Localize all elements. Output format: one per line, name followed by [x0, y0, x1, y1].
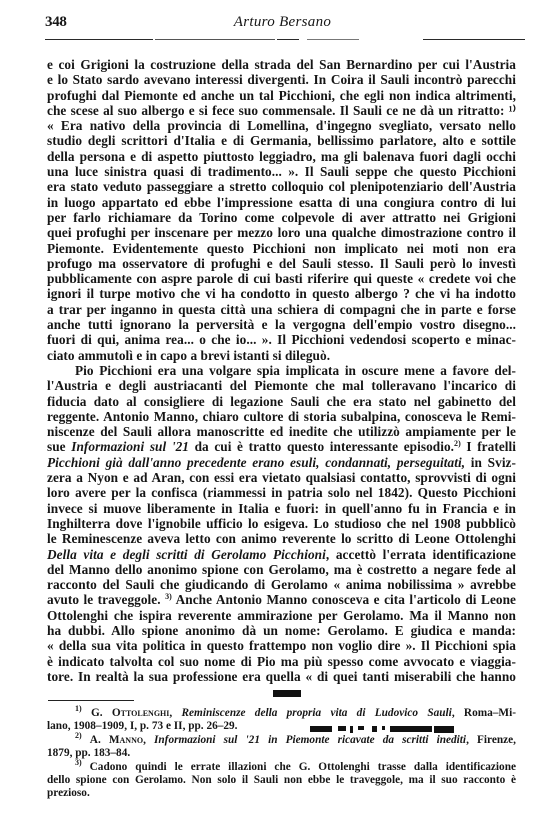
text-line: del Manno dello anonimo spione con Gerol…: [47, 562, 516, 577]
text-line: ha dubbi. Allo spione anonimo dà un nome…: [47, 623, 516, 638]
header-rule: [45, 39, 525, 40]
footnote-3: 3) Cadono quindi le errate illazioni che…: [47, 761, 516, 801]
footnote-ref-2[interactable]: 2): [454, 439, 461, 448]
footnote-ref-3[interactable]: 3): [165, 592, 172, 601]
text-line: le Reminescenze aveva letto con animo re…: [47, 531, 516, 546]
text-line: profugo ma osservatore di profughi e del…: [47, 256, 516, 271]
text-line: pubblicamente con aspre parole di cui ba…: [47, 271, 516, 286]
paragraph-2: Pio Picchioni era una volgare spia impli…: [47, 363, 516, 684]
text-line: Piemonte. Evidentemente questo Picchioni…: [47, 241, 516, 256]
text-line: Inghilterra dove l'ignobile ufficio lo e…: [47, 516, 516, 531]
text-line: zera a Nyon e ad Aran, con essi era viet…: [47, 470, 516, 485]
text-line: una luce sinistra quasi di tradimento...…: [47, 164, 516, 179]
text-line: e coi Grigioni la costruzione della stra…: [47, 57, 516, 72]
text-line: per farlo richiamare da Torino come colp…: [47, 210, 516, 225]
text-line: Pio Picchioni era una volgare spia impli…: [47, 363, 516, 378]
text-line: niscenze del Sauli allora manoscritte ed…: [47, 424, 516, 439]
running-title: Arturo Bersano: [45, 14, 520, 31]
text-line: reggente. Antonio Manno, chiaro cultore …: [47, 409, 516, 424]
footnotes: 1) G. Ottolenghi, Reminiscenze della pro…: [47, 707, 516, 801]
text-line: racconto del Sauli che giudicando di Ger…: [47, 577, 516, 592]
text-line: era stato veduto passeggiare a stretto c…: [47, 179, 516, 194]
italic-title: Informazioni sul '21: [71, 439, 189, 454]
italic-title: Della vita e degli scritti di Gerolamo P…: [47, 547, 326, 562]
text-line: ignori il turpe motivo che vi ha condott…: [47, 286, 516, 301]
text-line: « Era nativo della provincia di Lomellin…: [47, 118, 516, 133]
footnote-line: 3) Cadono quindi le errate illazioni che…: [47, 761, 516, 774]
footnote-rule: [48, 700, 134, 701]
footnote-author: G. Ottolenghi: [91, 707, 169, 719]
footnote-title: Reminiscenze della propria vita di Ludov…: [182, 707, 452, 719]
text-line-with-citation: sue Informazioni sul '21 da cui è tratto…: [47, 439, 516, 454]
scan-artifact: [273, 690, 301, 697]
text-line: loro avere per la confisca (riammessi in…: [47, 485, 516, 500]
footnote-title: Informazioni sul '21 in Piemonte ricavat…: [154, 734, 466, 746]
text-line: ciato ammutolì e in capo a brevi istanti…: [47, 348, 516, 363]
scan-artifact: [310, 726, 470, 733]
text-line-italic: Della vita e degli scritti di Gerolamo P…: [47, 547, 516, 562]
text-line: anche tutti ignorano la perversità e la …: [47, 317, 516, 332]
text-line: della persona e di aspetto piuttosto leg…: [47, 149, 516, 164]
text-line: in luogo appartato ed ebbe l'impressione…: [47, 195, 516, 210]
text-line: tore. In realtà la sua professione era q…: [47, 669, 516, 684]
text-line-italic: Picchioni già dall'anno precedente erano…: [47, 455, 516, 470]
text-line: fiducia dato al consigliere di legazione…: [47, 394, 516, 409]
text-line: fuori di qui, anima rea... o che io... »…: [47, 332, 516, 347]
footnote-line: 2) A. Manno, Informazioni sul '21 in Pie…: [47, 734, 516, 747]
text-line: e lo Stato sardo avevano interessi diver…: [47, 72, 516, 87]
text-line-with-citation: avuto le traveggole. 3) Anche Antonio Ma…: [47, 592, 516, 607]
text-line: invece si muove liberamente in Italia e …: [47, 501, 516, 516]
text-line: « della sua vita politica in questo frat…: [47, 638, 516, 653]
text-line: studio degli scrittori d'Italia e di Ger…: [47, 133, 516, 148]
text-line: Ottolenghi che ispira reverente ammirazi…: [47, 608, 516, 623]
text-line: che scese al suo albergo e si fece suo c…: [47, 103, 516, 118]
running-header: 348 Arturo Bersano: [45, 14, 520, 34]
text-line: è indicato talvolta col suo nome di Pio …: [47, 654, 516, 669]
body-text: e coi Grigioni la costruzione della stra…: [47, 57, 516, 684]
text-line: a trar per inganno in questa città una s…: [47, 302, 516, 317]
footnote-line: dello spione con Gerolamo. Non solo il S…: [47, 774, 516, 787]
footnote-line: 1) G. Ottolenghi, Reminiscenze della pro…: [47, 707, 516, 720]
footnote-line: 1879, pp. 183–84.: [47, 747, 516, 760]
footnote-author: A. Manno: [90, 734, 143, 746]
footnote-line: prezioso.: [47, 787, 516, 800]
text-line: profughi dal Piemonte ed anche un tal Pi…: [47, 88, 516, 103]
text-line: quei profughi per inscenare per mezzo lo…: [47, 225, 516, 240]
footnote-2: 2) A. Manno, Informazioni sul '21 in Pie…: [47, 734, 516, 761]
text-line: l'Austria e degli austriacanti del Piemo…: [47, 378, 516, 393]
paragraph-1: e coi Grigioni la costruzione della stra…: [47, 57, 516, 363]
